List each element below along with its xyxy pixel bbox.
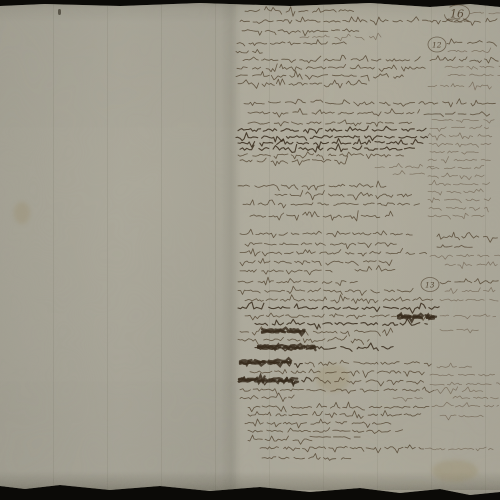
handwritten-text [236, 7, 500, 461]
section-mark-13-group: 13 [421, 278, 439, 292]
handwriting-stroke [240, 248, 427, 256]
handwriting-stroke [437, 232, 498, 242]
handwriting-stroke [453, 396, 498, 399]
handwriting-stroke [430, 56, 498, 63]
handwriting-stroke [310, 436, 360, 439]
handwriting-stroke [275, 191, 412, 200]
handwriting-stroke [245, 295, 433, 304]
handwriting-stroke [236, 49, 262, 53]
handwriting-stroke [437, 245, 472, 248]
handwriting-stroke [238, 302, 439, 313]
handwriting-stroke [448, 74, 500, 76]
handwriting-stroke [248, 108, 420, 117]
handwriting-stroke [445, 262, 497, 269]
handwriting-stroke [240, 387, 434, 394]
handwriting-stroke [428, 198, 491, 203]
handwriting-stroke [430, 125, 489, 131]
handwriting-stroke [440, 329, 478, 333]
handwriting-stroke [440, 314, 496, 319]
handwriting-stroke [305, 360, 431, 367]
handwriting-stroke [238, 181, 386, 191]
section-mark-12-group: 12 [428, 37, 446, 52]
handwriting-stroke [255, 319, 427, 329]
handwriting-stroke [432, 119, 494, 123]
handwriting-stroke [245, 243, 396, 249]
handwriting-stroke [240, 144, 415, 153]
handwriting-stroke [428, 173, 484, 180]
handwriting-stroke [262, 454, 351, 461]
handwriting-stroke [237, 40, 346, 46]
handwriting-stroke [447, 39, 497, 46]
handwriting-stroke [355, 266, 395, 272]
handwriting-stroke [244, 99, 495, 107]
handwriting-stroke [430, 374, 495, 376]
handwriting-stroke [393, 171, 425, 175]
handwriting-stroke [250, 369, 424, 377]
handwriting-stroke [445, 287, 495, 293]
handwriting-stroke [429, 207, 488, 212]
handwriting-stroke [428, 133, 492, 141]
handwriting-stroke [428, 189, 483, 195]
handwriting-stroke [248, 120, 412, 127]
handwriting-stroke [237, 64, 425, 72]
handwriting-stroke [448, 48, 491, 53]
handwriting-stroke [424, 112, 490, 117]
handwriting-stroke [238, 336, 369, 345]
section-mark: 13 [425, 281, 435, 290]
handwriting-stroke [313, 377, 424, 386]
handwriting-stroke [248, 435, 312, 444]
handwriting-stroke [470, 12, 500, 14]
handwriting-stroke [243, 55, 420, 63]
handwriting-stroke [428, 213, 484, 219]
handwriting-stroke [429, 143, 491, 147]
handwriting-layer: 16 12 13 [0, 0, 500, 500]
handwriting-stroke [240, 270, 332, 275]
handwriting-stroke [238, 286, 413, 295]
handwriting-stroke [245, 7, 354, 17]
handwriting-stroke [248, 428, 403, 434]
handwriting-stroke [248, 402, 429, 412]
handwriting-stroke [238, 152, 404, 160]
handwriting-stroke [250, 211, 393, 221]
handwriting-stroke [445, 66, 500, 69]
handwriting-stroke [430, 151, 478, 154]
handwriting-stroke [248, 411, 421, 419]
section-mark: 12 [432, 41, 442, 50]
handwriting-stroke [245, 419, 391, 428]
handwriting-stroke [238, 277, 357, 286]
handwriting-stroke [240, 393, 294, 402]
handwriting-stroke [428, 157, 490, 164]
handwriting-stroke [238, 139, 423, 148]
page-number: 16 [450, 8, 464, 21]
handwriting-stroke [393, 397, 423, 401]
handwriting-stroke [260, 445, 424, 453]
handwriting-stroke [440, 299, 498, 301]
handwriting-stroke [428, 82, 491, 90]
handwriting-stroke [300, 33, 381, 41]
handwriting-stroke [425, 447, 493, 451]
handwriting-stroke [430, 382, 500, 385]
handwriting-stroke [238, 79, 367, 89]
handwriting-stroke [236, 71, 403, 81]
handwriting-stroke [236, 133, 428, 142]
handwriting-stroke [429, 180, 490, 185]
handwriting-stroke [435, 387, 483, 394]
handwriting-stroke [240, 229, 412, 238]
handwriting-stroke [437, 363, 472, 368]
handwriting-stroke [238, 126, 426, 133]
handwriting-stroke [432, 402, 499, 407]
handwriting-stroke [440, 279, 498, 284]
handwriting-stroke [440, 415, 483, 420]
handwriting-stroke [430, 254, 500, 259]
handwriting-stroke [243, 200, 419, 208]
manuscript-scan: 16 12 13 [0, 0, 500, 500]
handwriting-stroke [240, 258, 392, 265]
handwriting-stroke [430, 166, 484, 170]
handwriting-stroke [375, 163, 434, 168]
handwriting-stroke [242, 29, 359, 36]
